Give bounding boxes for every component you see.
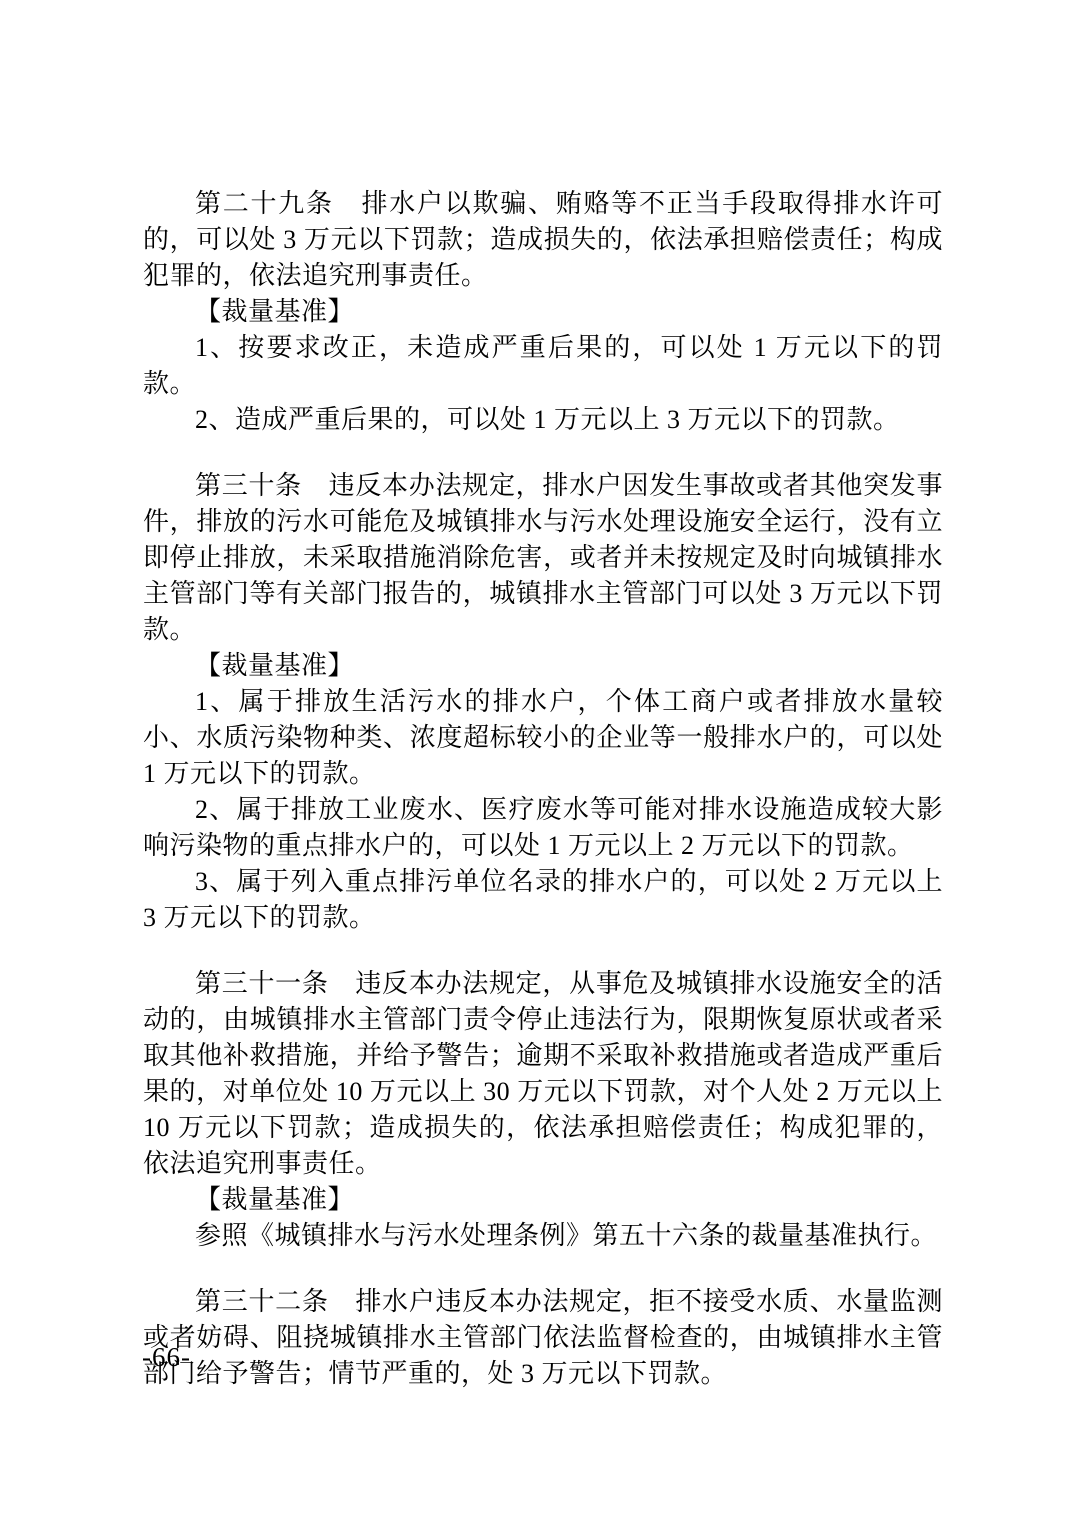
article-30-section: 第三十条 违反本办法规定，排水户因发生事故或者其他突发事件，排放的污水可能危及城…	[143, 468, 943, 936]
article-29-benchmark-item: 2、造成严重后果的，可以处 1 万元以上 3 万元以下的罚款。	[143, 402, 943, 438]
article-30-benchmark-item: 3、属于列入重点排污单位名录的排水户的，可以处 2 万元以上 3 万元以下的罚款…	[143, 864, 943, 936]
article-31-benchmark-item: 参照《城镇排水与污水处理条例》第五十六条的裁量基准执行。	[143, 1218, 943, 1254]
article-31-section: 第三十一条 违反本办法规定，从事危及城镇排水设施安全的活动的，由城镇排水主管部门…	[143, 966, 943, 1254]
article-29-benchmark-item: 1、按要求改正，未造成严重后果的，可以处 1 万元以下的罚款。	[143, 330, 943, 402]
article-29-body: 第二十九条 排水户以欺骗、贿赂等不正当手段取得排水许可的，可以处 3 万元以下罚…	[143, 186, 943, 294]
article-30-benchmark-item: 1、属于排放生活污水的排水户，个体工商户或者排放水量较小、水质污染物种类、浓度超…	[143, 684, 943, 792]
article-31-benchmark-heading: 【裁量基准】	[143, 1182, 943, 1218]
article-32-body: 第三十二条 排水户违反本办法规定，拒不接受水质、水量监测或者妨碍、阻挠城镇排水主…	[143, 1284, 943, 1392]
page-number: -66-	[142, 1340, 191, 1374]
document-page: 第二十九条 排水户以欺骗、贿赂等不正当手段取得排水许可的，可以处 3 万元以下罚…	[0, 0, 1075, 1520]
article-32-section: 第三十二条 排水户违反本办法规定，拒不接受水质、水量监测或者妨碍、阻挠城镇排水主…	[143, 1284, 943, 1392]
document-content: 第二十九条 排水户以欺骗、贿赂等不正当手段取得排水许可的，可以处 3 万元以下罚…	[143, 186, 943, 1392]
article-30-benchmark-item: 2、属于排放工业废水、医疗废水等可能对排水设施造成较大影响污染物的重点排水户的，…	[143, 792, 943, 864]
article-30-body: 第三十条 违反本办法规定，排水户因发生事故或者其他突发事件，排放的污水可能危及城…	[143, 468, 943, 648]
article-30-benchmark-heading: 【裁量基准】	[143, 648, 943, 684]
article-29-section: 第二十九条 排水户以欺骗、贿赂等不正当手段取得排水许可的，可以处 3 万元以下罚…	[143, 186, 943, 438]
article-29-benchmark-heading: 【裁量基准】	[143, 294, 943, 330]
article-31-body: 第三十一条 违反本办法规定，从事危及城镇排水设施安全的活动的，由城镇排水主管部门…	[143, 966, 943, 1182]
